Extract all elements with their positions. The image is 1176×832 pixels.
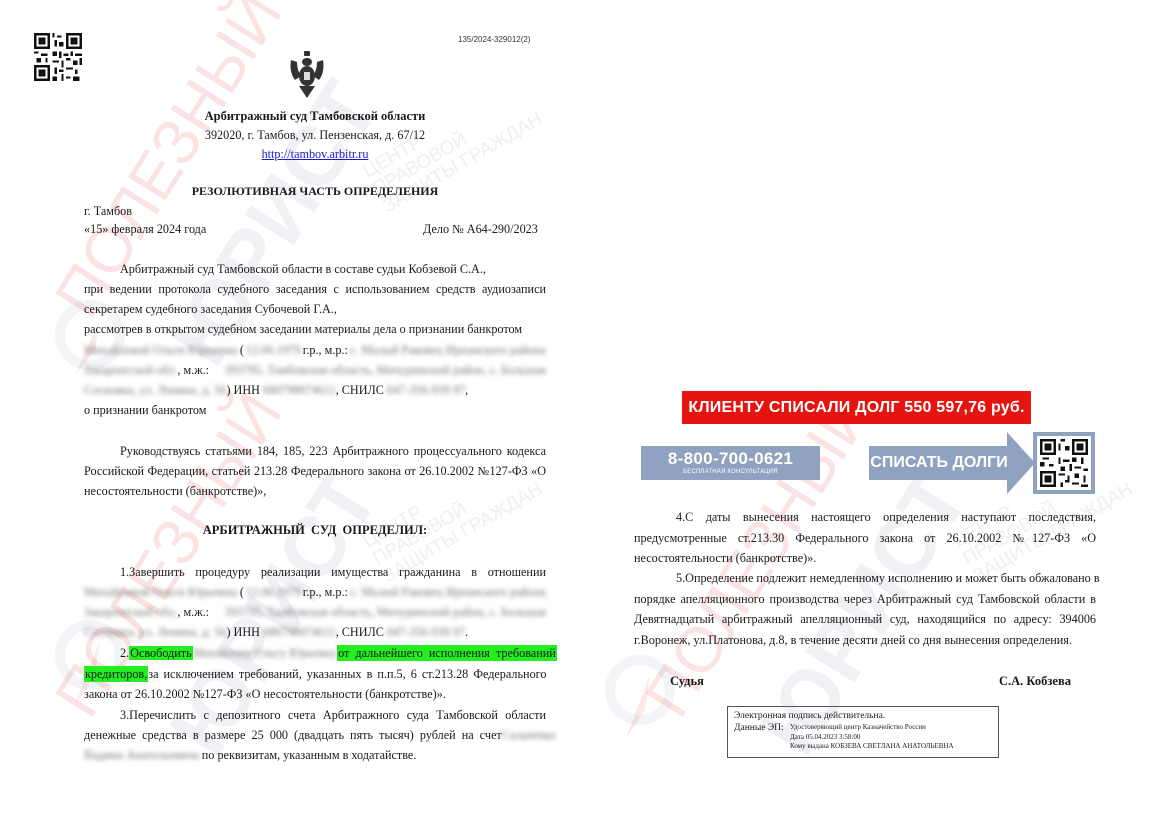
guided-line-3: несостоятельности (банкротстве)», (84, 483, 266, 499)
item1-line-3: Закарпатской обл., м.ж.: 393795, Тамбовс… (84, 604, 546, 620)
item1-line-1: 1.Завершить процедуру реализации имущест… (120, 564, 546, 580)
signature-issued-to: Кому выдана КОБЗЕВА СВЕТЛАНА АНАТОЛЬЕВНА (790, 742, 954, 752)
court-website-link[interactable]: http://tambov.arbitr.ru (262, 147, 369, 161)
item3-line-3: Вадима Анатольевича по реквизитам, указа… (84, 747, 416, 763)
coat-of-arms-icon (287, 50, 327, 100)
signature-data-label: Данные ЭП: (734, 723, 790, 752)
document-id: 135/2024-329012(2) (458, 35, 531, 44)
court-website-container: http://tambov.arbitr.ru (150, 146, 480, 162)
redacted-region: Закарпатской обл. (84, 605, 177, 619)
item3-text: денежные средства в размере 25 000 (двад… (84, 727, 502, 743)
redacted-street: Сосновка, ул. Ленина, д. 56 (84, 383, 226, 397)
write-off-debts-button[interactable]: СПИСАТЬ ДОЛГИ (869, 432, 1036, 494)
inn-label: ) ИНН (226, 625, 260, 639)
item1-line-2: Михайловой Ольги Юрьевны ( 12.06.1979 г.… (84, 584, 546, 600)
birth-label: г.р., м.р.: (303, 584, 348, 600)
redacted-inn: 680798074611 (263, 625, 336, 639)
watermark-logo-icon (605, 655, 675, 745)
redacted-address: 393795, Тамбовская область, Мичуринский … (225, 604, 546, 620)
item2-line-3: закона от 26.10.2002 №127-ФЗ «О несостоя… (84, 686, 446, 702)
residence-label: , м.ж.: (177, 605, 209, 619)
redacted-street: Сосновка, ул. Ленина, д. 56 (84, 625, 226, 639)
item4-line-2: предусмотренные ст.213.30 Федерального з… (634, 530, 1096, 546)
signature-data-row: Данные ЭП: Удостоверяющий центр Казначей… (734, 723, 992, 752)
intro-line-5: Михайловой Ольги Юрьевны ( 12.06.1979 г.… (84, 342, 546, 358)
redacted-address: 393795, Тамбовская область, Мичуринский … (225, 362, 546, 378)
electronic-signature-stamp: Электронная подпись действительна. Данны… (727, 706, 999, 758)
redacted-name: Вадима Анатольевича (84, 748, 199, 762)
signature-issuer: Удостоверяющий центр Казначейство России (790, 723, 954, 733)
item3-line-1: 3.Перечислить с депозитного счета Арбитр… (120, 707, 546, 723)
item2-text: за исключением требований, указанных в п… (148, 666, 546, 682)
redacted-name: Михайловой Ольги Юрьевны (84, 584, 238, 600)
phone-caption: БЕСПЛАТНАЯ КОНСУЛЬТАЦИЯ (683, 468, 778, 476)
redacted-birthdate: 12.06.1979 (246, 342, 301, 358)
court-address: 392020, г. Тамбов, ул. Пензенская, д. 67… (150, 127, 480, 143)
arrow-right-icon (1007, 432, 1035, 494)
qr-code-icon (1040, 439, 1088, 487)
highlight-creditors: кредиторов, (84, 666, 148, 682)
debt-written-off-banner[interactable]: КЛИЕНТУ СПИСАЛИ ДОЛГ 550 597,76 руб. (682, 391, 1031, 424)
item3-text-end: по реквизитам, указанным в ходатайстве. (202, 748, 417, 762)
item4-line-3: несостоятельности (банкротстве)». (634, 550, 816, 566)
watermark-tagline-3: ЗАЩИТЫ ГРАЖДАН (380, 109, 546, 217)
item4-line-1: 4.С даты вынесения настоящего определени… (676, 509, 1096, 525)
signature-valid-text: Электронная подпись действительна. (734, 710, 992, 722)
signature-date: Дата 05.04.2023 3:58:00 (790, 733, 954, 743)
paren: ( (240, 342, 244, 358)
document-title: РЕЗОЛЮТИВНАЯ ЧАСТЬ ОПРЕДЕЛЕНИЯ (150, 183, 480, 199)
intro-line-3: секретарем судебного заседания Субочевой… (84, 301, 337, 317)
intro-line-7: Сосновка, ул. Ленина, д. 56) ИНН 6807980… (84, 382, 468, 398)
snils-label: , СНИЛС (336, 383, 384, 397)
residence-label: , м.ж.: (177, 363, 209, 377)
item3-line-2: денежные средства в размере 25 000 (двад… (84, 727, 546, 743)
item-number: 2. (120, 646, 129, 660)
item5-line-1: 5.Определение подлежит немедленному испо… (676, 570, 1096, 586)
item2-line-2: кредиторов, за исключением требований, у… (84, 666, 546, 682)
phone-banner[interactable]: 8-800-700-0621 БЕСПЛАТНАЯ КОНСУЛЬТАЦИЯ (641, 446, 820, 480)
case-number: Дело № А64-290/2023 (423, 221, 538, 237)
redacted-birthplace: с. Малый Раковец Ирпанского района (350, 584, 546, 600)
redacted-name: Михайловой Ольги Юрьевны (84, 342, 238, 358)
redacted-region: Закарпатской обл. (84, 363, 177, 377)
snils-label: , СНИЛС (336, 625, 384, 639)
redacted-birthplace: с. Малый Раковец Ирпанского района (350, 342, 546, 358)
intro-line-4: рассмотрев в открытом судебном заседании… (84, 321, 522, 337)
item5-line-4: г.Воронеж, ул.Платонова, д.8, в течение … (634, 632, 1072, 648)
city: г. Тамбов (84, 203, 132, 219)
guided-line-2: Российской Федерации, статьей 213.28 Фед… (84, 463, 546, 479)
item5-line-3: Девятнадцатый арбитражный апелляционный … (634, 611, 1096, 627)
redacted-snils: 047-356-939 97 (387, 383, 465, 397)
judge-label: Судья (670, 673, 704, 689)
write-off-debts-label: СПИСАТЬ ДОЛГИ (869, 446, 1009, 480)
phone-number[interactable]: 8-800-700-0621 (668, 450, 793, 468)
intro-line-6: Закарпатской обл., м.ж.: 393795, Тамбовс… (84, 362, 546, 378)
inn-label: ) ИНН (226, 383, 260, 397)
redacted-snils: 047-356-939 97 (387, 625, 465, 639)
qr-code[interactable] (34, 33, 82, 81)
document-page-left: ПОЛЕЗНЫЙ ЮРИСТ ЦЕНТР ПРАВОВОЙ ЗАЩИТЫ ГРА… (0, 0, 590, 832)
punct: , (465, 383, 468, 397)
decided-heading: АРБИТРАЖНЫЙ СУД ОПРЕДЕЛИЛ: (150, 522, 480, 538)
signature-details: Удостоверяющий центр Казначейство России… (790, 723, 954, 752)
paren: ( (240, 584, 244, 600)
intro-line-2: при ведении протокола судебного заседани… (84, 281, 546, 297)
item1-line-4: Сосновка, ул. Ленина, д. 56) ИНН 6807980… (84, 624, 468, 640)
punct: . (465, 625, 468, 639)
ad-qr-frame[interactable] (1033, 432, 1095, 494)
redacted-inn: 680798074611 (263, 383, 336, 397)
birth-label: г.р., м.р.: (303, 342, 348, 358)
redacted-surname: Сальченко (502, 727, 556, 743)
item2-line-1: 2.Освободить Михайлову Ольгу Юрьевну от … (120, 645, 546, 661)
guided-line-1: Руководствуясь статьями 184, 185, 223 Ар… (120, 443, 546, 459)
item5-line-2: порядке апелляционного производства чере… (634, 591, 1096, 607)
redacted-birthdate: 12.06.1979 (246, 584, 301, 600)
redacted-name: Михайлову Ольгу Юрьевну (193, 645, 337, 661)
highlight-release: Освободить (129, 646, 193, 660)
intro-line-8: о признании банкротом (84, 402, 206, 418)
court-name: Арбитражный суд Тамбовской области (150, 108, 480, 124)
highlight-obligations: от дальнейшего исполнения требований (337, 645, 557, 661)
intro-line-1: Арбитражный суд Тамбовской области в сос… (120, 261, 486, 277)
judge-name: С.А. Кобзева (999, 673, 1071, 689)
document-date: «15» февраля 2024 года (84, 221, 206, 237)
